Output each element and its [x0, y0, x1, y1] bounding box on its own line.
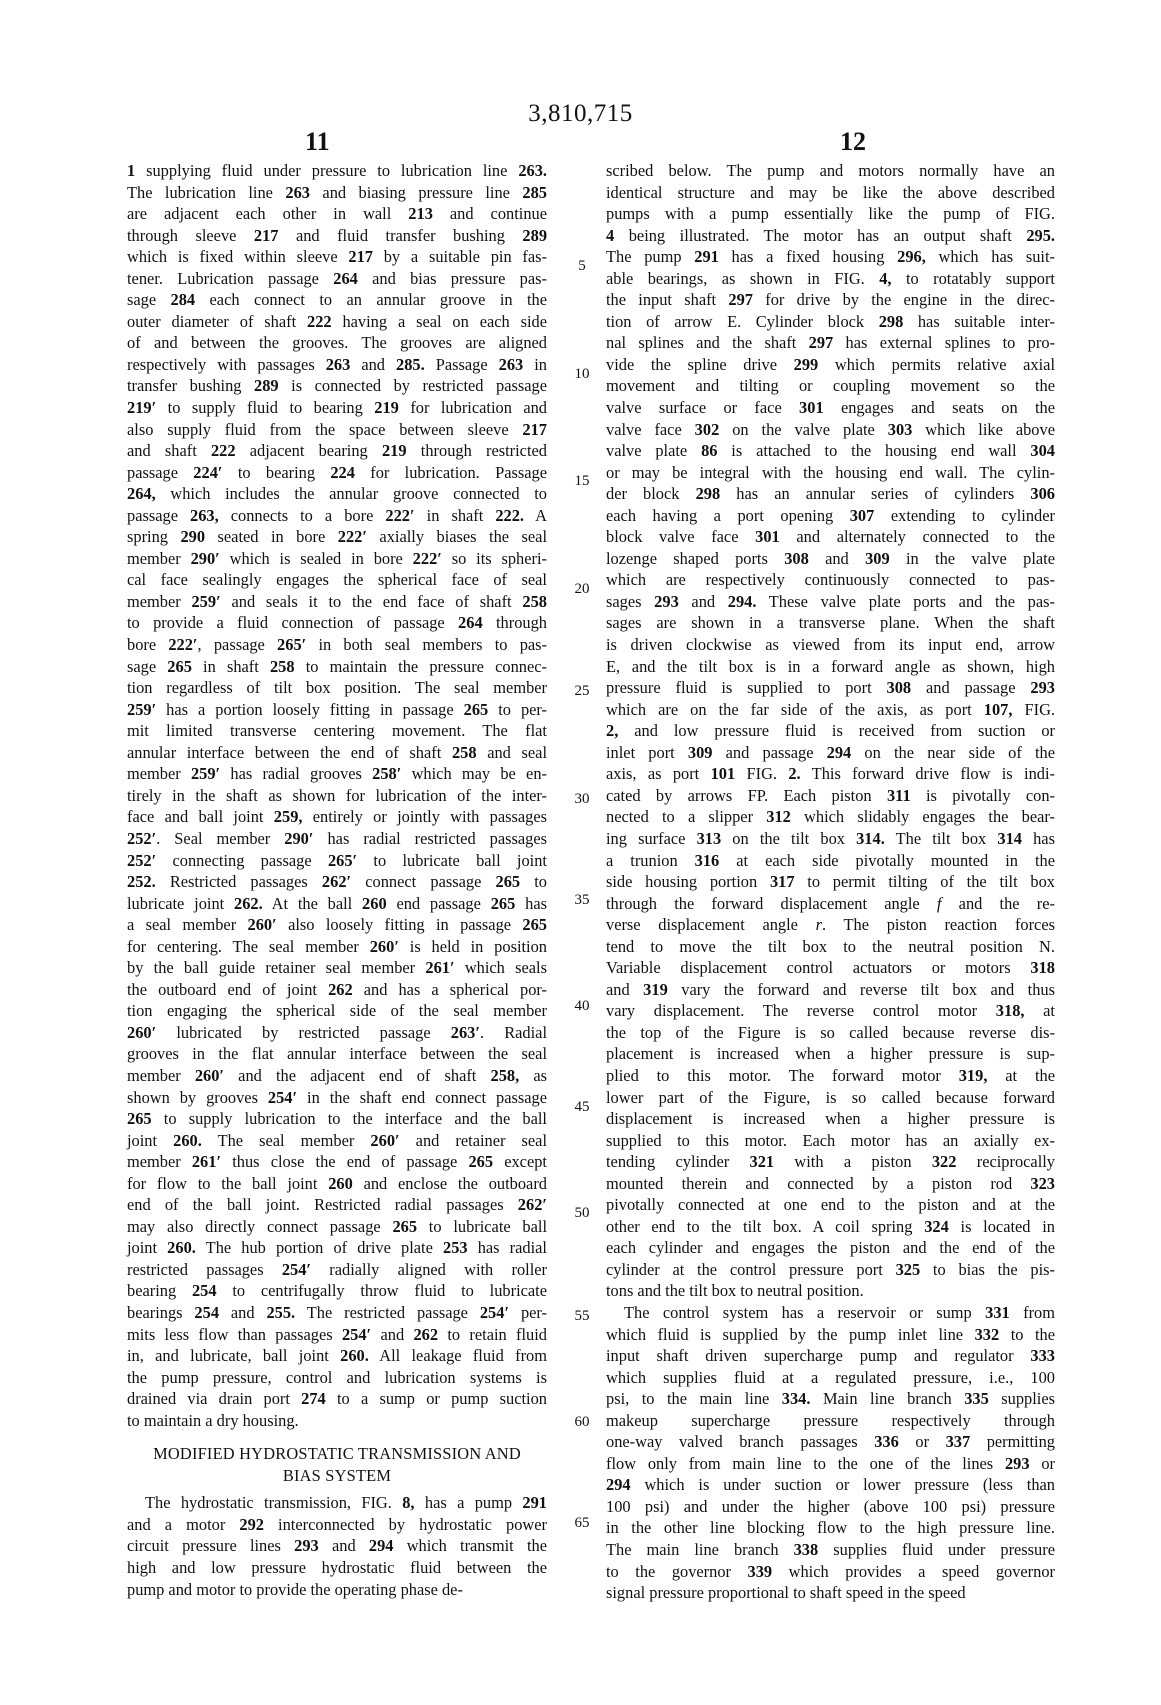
- text-line: sage 284 each connect to an annular groo…: [127, 289, 547, 311]
- right-paragraph-1: scribed below. The pump and motors norma…: [606, 160, 1055, 1302]
- text-line: pump and motor to provide the operating …: [127, 1579, 547, 1601]
- text-line: 252. Restricted passages 262′ connect pa…: [127, 871, 547, 893]
- text-line: sage 265 in shaft 258 to maintain the pr…: [127, 656, 547, 678]
- text-line: makeup supercharge pressure respectively…: [606, 1410, 1055, 1432]
- text-line: and a motor 292 interconnected by hydros…: [127, 1514, 547, 1536]
- text-line: flow only from main line to the one of t…: [606, 1453, 1055, 1475]
- text-line: restricted passages 254′ radially aligne…: [127, 1259, 547, 1281]
- text-line: member 260′ and the adjacent end of shaf…: [127, 1065, 547, 1087]
- text-line: 219′ to supply fluid to bearing 219 for …: [127, 397, 547, 419]
- text-line: The control system has a reservoir or su…: [606, 1302, 1055, 1324]
- text-line: the input shaft 297 for drive by the eng…: [606, 289, 1055, 311]
- line-number-45: 45: [564, 1099, 600, 1116]
- text-line: one-way valved branch passages 336 or 33…: [606, 1431, 1055, 1453]
- text-line: nal splines and the shaft 297 has extern…: [606, 332, 1055, 354]
- text-line: der block 298 has an annular series of c…: [606, 483, 1055, 505]
- text-line: 265 to supply lubrication to the interfa…: [127, 1108, 547, 1130]
- text-line: mounted therein and connected by a pisto…: [606, 1173, 1055, 1195]
- text-line: in the other line blocking flow to the h…: [606, 1517, 1055, 1539]
- text-line: block valve face 301 and alternately con…: [606, 526, 1055, 548]
- text-line: member 259′ and seals it to the end face…: [127, 591, 547, 613]
- text-line: passage 263, connects to a bore 222′ in …: [127, 505, 547, 527]
- text-line: shown by grooves 254′ in the shaft end c…: [127, 1087, 547, 1109]
- text-line: cylinder at the control pressure port 32…: [606, 1259, 1055, 1281]
- column-number-left: 11: [305, 127, 330, 157]
- text-line: identical structure and may be like the …: [606, 182, 1055, 204]
- text-line: E, and the tilt box is in a forward angl…: [606, 656, 1055, 678]
- text-line: inlet port 309 and passage 294 on the ne…: [606, 742, 1055, 764]
- text-line: grooves in the flat annular interface be…: [127, 1043, 547, 1065]
- text-line: pressure fluid is supplied to port 308 a…: [606, 677, 1055, 699]
- text-line: 264, which includes the annular groove c…: [127, 483, 547, 505]
- text-line: input shaft driven supercharge pump and …: [606, 1345, 1055, 1367]
- line-number-25: 25: [564, 683, 600, 700]
- text-line: The hydrostatic transmission, FIG. 8, ha…: [127, 1492, 547, 1514]
- text-line: mit limited transverse centering movemen…: [127, 720, 547, 742]
- text-line: psi, to the main line 334. Main line bra…: [606, 1388, 1055, 1410]
- text-line: the pump pressure, control and lubricati…: [127, 1367, 547, 1389]
- text-line: or may be integral with the housing end …: [606, 462, 1055, 484]
- text-line: drained via drain port 274 to a sump or …: [127, 1388, 547, 1410]
- text-line: 294 which is under suction or lower pres…: [606, 1474, 1055, 1496]
- text-line: supplied to this motor. Each motor has a…: [606, 1130, 1055, 1152]
- text-line: pumps with a pump essentially like the p…: [606, 203, 1055, 225]
- text-line: member 290′ which is sealed in bore 222′…: [127, 548, 547, 570]
- heading-line: MODIFIED HYDROSTATIC TRANSMISSION AND: [127, 1443, 547, 1465]
- text-line: tons and the tilt box to neutral positio…: [606, 1280, 1055, 1302]
- text-line: vide the spline drive 299 which permits …: [606, 354, 1055, 376]
- text-line: Variable displacement control actuators …: [606, 957, 1055, 979]
- text-line: 2, and low pressure fluid is received fr…: [606, 720, 1055, 742]
- text-line: lower part of the Figure, is so called b…: [606, 1087, 1055, 1109]
- text-line: of and between the grooves. The grooves …: [127, 332, 547, 354]
- text-line: placement is increased when a higher pre…: [606, 1043, 1055, 1065]
- text-line: transfer bushing 289 is connected by res…: [127, 375, 547, 397]
- text-line: tirely in the shaft as shown for lubrica…: [127, 785, 547, 807]
- text-line: sages 293 and 294. These valve plate por…: [606, 591, 1055, 613]
- text-line: tend to move the tilt box to the neutral…: [606, 936, 1055, 958]
- text-line: which is fixed within sleeve 217 by a su…: [127, 246, 547, 268]
- text-line: 100 psi) and under the higher (above 100…: [606, 1496, 1055, 1518]
- line-number-30: 30: [564, 791, 600, 808]
- text-line: cated by arrows FP. Each piston 311 is p…: [606, 785, 1055, 807]
- text-line: tion regardless of tilt box position. Th…: [127, 677, 547, 699]
- text-line: which fluid is supplied by the pump inle…: [606, 1324, 1055, 1346]
- text-line: high and low pressure hydrostatic fluid …: [127, 1557, 547, 1579]
- text-line: 4 being illustrated. The motor has an ou…: [606, 225, 1055, 247]
- left-text-column: 1 supplying fluid under pressure to lubr…: [127, 160, 547, 1600]
- left-paragraph-1: 1 supplying fluid under pressure to lubr…: [127, 160, 547, 1431]
- text-line: plied to this motor. The forward motor 3…: [606, 1065, 1055, 1087]
- text-line: side housing portion 317 to permit tilti…: [606, 871, 1055, 893]
- text-line: spring 290 seated in bore 222′ axially b…: [127, 526, 547, 548]
- text-line: able bearings, as shown in FIG. 4, to ro…: [606, 268, 1055, 290]
- text-line: bearing 254 to centrifugally throw fluid…: [127, 1280, 547, 1302]
- text-line: 252′ connecting passage 265′ to lubricat…: [127, 850, 547, 872]
- line-number-5: 5: [564, 258, 600, 275]
- text-line: verse displacement angle r. The piston r…: [606, 914, 1055, 936]
- text-line: 1 supplying fluid under pressure to lubr…: [127, 160, 547, 182]
- text-line: each having a port opening 307 extending…: [606, 505, 1055, 527]
- text-line: outer diameter of shaft 222 having a sea…: [127, 311, 547, 333]
- line-number-15: 15: [564, 473, 600, 490]
- text-line: joint 260. The seal member 260′ and reta…: [127, 1130, 547, 1152]
- text-line: which supplies fluid at a regulated pres…: [606, 1367, 1055, 1389]
- text-line: by the ball guide retainer seal member 2…: [127, 957, 547, 979]
- heading-line: BIAS SYSTEM: [127, 1465, 547, 1487]
- text-line: valve plate 86 is attached to the housin…: [606, 440, 1055, 462]
- patent-number: 3,810,715: [0, 100, 1161, 128]
- text-line: circuit pressure lines 293 and 294 which…: [127, 1535, 547, 1557]
- text-line: lozenge shaped ports 308 and 309 in the …: [606, 548, 1055, 570]
- text-line: tion engaging the spherical side of the …: [127, 1000, 547, 1022]
- text-line: bearings 254 and 255. The restricted pas…: [127, 1302, 547, 1324]
- text-line: a trunion 316 at each side pivotally mou…: [606, 850, 1055, 872]
- text-line: valve face 302 on the valve plate 303 wh…: [606, 419, 1055, 441]
- text-line: member 261′ thus close the end of passag…: [127, 1151, 547, 1173]
- text-line: through the forward displacement angle f…: [606, 893, 1055, 915]
- text-line: through sleeve 217 and fluid transfer bu…: [127, 225, 547, 247]
- text-line: and 319 vary the forward and reverse til…: [606, 979, 1055, 1001]
- text-line: for centering. The seal member 260′ is h…: [127, 936, 547, 958]
- text-line: lubricate joint 262. At the ball 260 end…: [127, 893, 547, 915]
- text-line: passage 224′ to bearing 224 for lubricat…: [127, 462, 547, 484]
- text-line: to the governor 339 which provides a spe…: [606, 1561, 1055, 1583]
- text-line: tener. Lubrication passage 264 and bias …: [127, 268, 547, 290]
- text-line: end of the ball joint. Restricted radial…: [127, 1194, 547, 1216]
- text-line: pivotally connected at one end to the pi…: [606, 1194, 1055, 1216]
- text-line: to provide a fluid connection of passage…: [127, 612, 547, 634]
- text-line: face and ball joint 259, entirely or joi…: [127, 806, 547, 828]
- text-line: signal pressure proportional to shaft sp…: [606, 1582, 1055, 1604]
- line-number-20: 20: [564, 581, 600, 598]
- text-line: tion of arrow E. Cylinder block 298 has …: [606, 311, 1055, 333]
- text-line: joint 260. The hub portion of drive plat…: [127, 1237, 547, 1259]
- text-line: nected to a slipper 312 which slidably e…: [606, 806, 1055, 828]
- text-line: in, and lubricate, ball joint 260. All l…: [127, 1345, 547, 1367]
- text-line: respectively with passages 263 and 285. …: [127, 354, 547, 376]
- text-line: is driven clockwise as viewed from its i…: [606, 634, 1055, 656]
- text-line: movement and tilting or coupling movemen…: [606, 375, 1055, 397]
- text-line: to maintain a dry housing.: [127, 1410, 547, 1432]
- line-number-65: 65: [564, 1515, 600, 1532]
- section-heading: MODIFIED HYDROSTATIC TRANSMISSION ANDBIA…: [127, 1443, 547, 1486]
- text-line: sages are shown in a transverse plane. W…: [606, 612, 1055, 634]
- text-line: annular interface between the end of sha…: [127, 742, 547, 764]
- text-line: cal face sealingly engages the spherical…: [127, 569, 547, 591]
- text-line: tending cylinder 321 with a piston 322 r…: [606, 1151, 1055, 1173]
- text-line: which are respectively continuously conn…: [606, 569, 1055, 591]
- left-paragraph-2: The hydrostatic transmission, FIG. 8, ha…: [127, 1492, 547, 1600]
- text-line: may also directly connect passage 265 to…: [127, 1216, 547, 1238]
- text-line: The pump 291 has a fixed housing 296, wh…: [606, 246, 1055, 268]
- text-line: axis, as port 101 FIG. 2. This forward d…: [606, 763, 1055, 785]
- text-line: also supply fluid from the space between…: [127, 419, 547, 441]
- text-line: scribed below. The pump and motors norma…: [606, 160, 1055, 182]
- text-line: for flow to the ball joint 260 and enclo…: [127, 1173, 547, 1195]
- column-number-right: 12: [840, 127, 866, 157]
- text-line: mits less flow than passages 254′ and 26…: [127, 1324, 547, 1346]
- text-line: vary displacement. The reverse control m…: [606, 1000, 1055, 1022]
- text-line: 252′. Seal member 290′ has radial restri…: [127, 828, 547, 850]
- text-line: the top of the Figure is so called becau…: [606, 1022, 1055, 1044]
- text-line: other end to the tilt box. A coil spring…: [606, 1216, 1055, 1238]
- text-line: are adjacent each other in wall 213 and …: [127, 203, 547, 225]
- text-line: member 259′ has radial grooves 258′ whic…: [127, 763, 547, 785]
- right-paragraph-2: The control system has a reservoir or su…: [606, 1302, 1055, 1604]
- line-number-10: 10: [564, 366, 600, 383]
- line-number-50: 50: [564, 1205, 600, 1222]
- text-line: 259′ has a portion loosely fitting in pa…: [127, 699, 547, 721]
- text-line: a seal member 260′ also loosely fitting …: [127, 914, 547, 936]
- text-line: The lubrication line 263 and biasing pre…: [127, 182, 547, 204]
- text-line: each cylinder and engages the piston and…: [606, 1237, 1055, 1259]
- text-line: bore 222′, passage 265′ in both seal mem…: [127, 634, 547, 656]
- line-number-35: 35: [564, 892, 600, 909]
- text-line: ing surface 313 on the tilt box 314. The…: [606, 828, 1055, 850]
- text-line: 260′ lubricated by restricted passage 26…: [127, 1022, 547, 1044]
- text-line: which are on the far side of the axis, a…: [606, 699, 1055, 721]
- text-line: and shaft 222 adjacent bearing 219 throu…: [127, 440, 547, 462]
- line-number-55: 55: [564, 1308, 600, 1325]
- text-line: displacement is increased when a higher …: [606, 1108, 1055, 1130]
- right-text-column: scribed below. The pump and motors norma…: [606, 160, 1055, 1604]
- text-line: The main line branch 338 supplies fluid …: [606, 1539, 1055, 1561]
- text-line: the outboard end of joint 262 and has a …: [127, 979, 547, 1001]
- text-line: valve surface or face 301 engages and se…: [606, 397, 1055, 419]
- line-number-40: 40: [564, 998, 600, 1015]
- line-number-60: 60: [564, 1414, 600, 1431]
